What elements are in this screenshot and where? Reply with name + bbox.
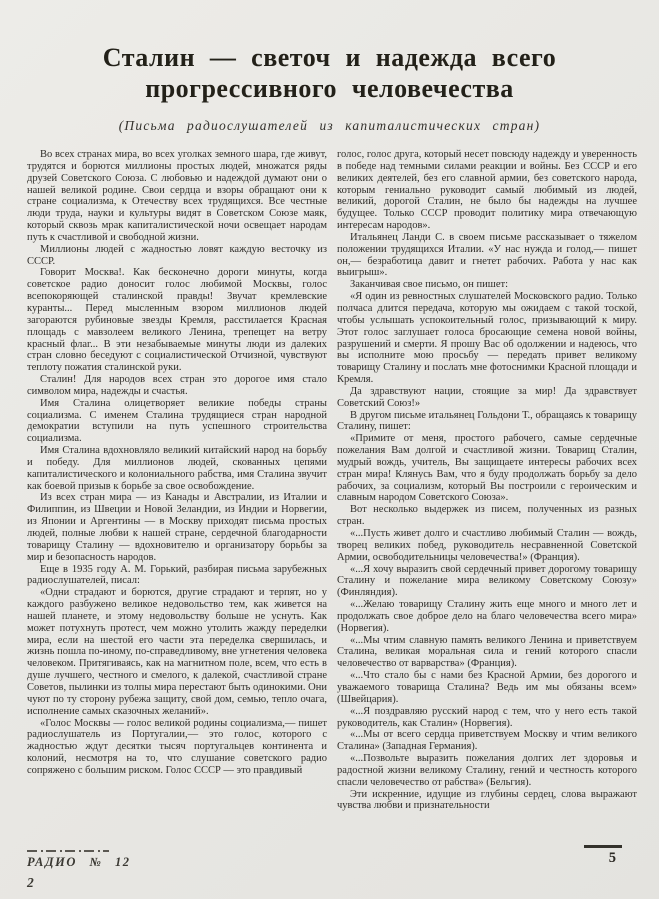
paragraph: Сталин! Для народов всех стран это дорог… <box>27 374 327 398</box>
paragraph: «...Мы от всего сердца приветствуем Моск… <box>337 729 637 753</box>
footer-left: РАДИО № 12 2 <box>27 850 131 891</box>
journal-issue-label: РАДИО № 12 <box>27 855 131 870</box>
paragraph: Из всех стран мира — из Канады и Австрал… <box>27 492 327 563</box>
paragraph: «Примите от меня, простого рабочего, сам… <box>337 433 637 504</box>
paragraph-continuation: голос, голос друга, который несет повсюд… <box>337 149 637 232</box>
paragraph: Говорит Москва!. Как бесконечно дороги м… <box>27 267 327 374</box>
paragraph: Заканчивая свое письмо, он пишет: <box>337 279 637 291</box>
article-title: Сталин — светоч и надежда всего прогресс… <box>60 42 599 104</box>
page-number-rule <box>584 845 622 848</box>
paragraph: Имя Сталина вдохновляло великий китайски… <box>27 445 327 492</box>
paragraph: «...Что стало бы с нами без Красной Арми… <box>337 670 637 706</box>
paragraph: Да здравствуют нации, стоящие за мир! Да… <box>337 386 637 410</box>
page-number-right: 5 <box>584 850 622 867</box>
footer-dashed-rule <box>27 850 109 852</box>
article-subtitle: (Письма радиослушателей из капиталистиче… <box>40 118 619 134</box>
paragraph: В другом письме итальянец Гольдони Т., о… <box>337 410 637 434</box>
paragraph: Итальянец Ланди С. в своем письме расска… <box>337 232 637 279</box>
paragraph: Еще в 1935 году А. М. Горький, разбирая … <box>27 564 327 588</box>
paragraph: Эти искренние, идущие из глубины сердец,… <box>337 789 637 813</box>
paragraph: «...Мы чтим славную память великого Лени… <box>337 635 637 671</box>
paragraph: «Одни страдают и борются, другие страдаю… <box>27 587 327 717</box>
paragraph: «...Желаю товарищу Сталину жить еще мног… <box>337 599 637 635</box>
article-columns: Во всех странах мира, во всех уголках зе… <box>27 149 637 855</box>
paragraph: «...Позвольте выразить пожелания долгих … <box>337 753 637 789</box>
paragraph: Миллионы людей с жадностью ловят каждую … <box>27 244 327 268</box>
paragraph: «Я один из ревностных слушателей Московс… <box>337 291 637 386</box>
magazine-page: Сталин — светоч и надежда всего прогресс… <box>0 0 659 899</box>
paragraph: «...Я хочу выразить свой сердечный приве… <box>337 564 637 600</box>
paragraph: Во всех странах мира, во всех уголках зе… <box>27 149 327 244</box>
paragraph: «Голос Москвы — голос великой родины соц… <box>27 718 327 777</box>
column-right: голос, голос друга, который несет повсюд… <box>337 149 637 855</box>
paragraph: Вот несколько выдержек из писем, получен… <box>337 504 637 528</box>
paragraph: «...Я поздравляю русский народ с тем, чт… <box>337 706 637 730</box>
page-number-left: 2 <box>27 875 131 891</box>
footer-right: 5 <box>584 845 622 867</box>
paragraph: Имя Сталина олицетворяет великие победы … <box>27 398 327 445</box>
paragraph: «...Пусть живет долго и счастливо любимы… <box>337 528 637 564</box>
column-left: Во всех странах мира, во всех уголках зе… <box>27 149 327 855</box>
